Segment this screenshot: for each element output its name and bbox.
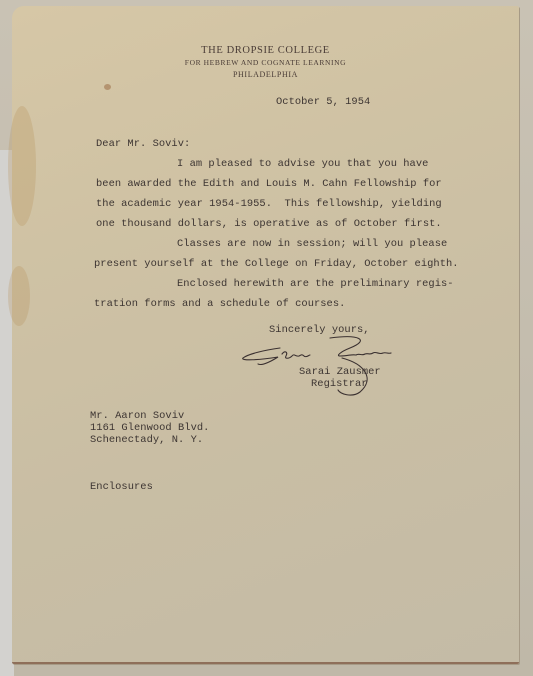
body-line: the academic year 1954-1955. This fellow…	[96, 198, 442, 210]
body-line: I am pleased to advise you that you have	[177, 158, 428, 170]
signer-name: Sarai Zausmer	[299, 366, 381, 378]
letterhead-institution: THE DROPSIE COLLEGE	[12, 45, 519, 56]
paper-stain	[8, 106, 36, 226]
paper-stain	[104, 84, 111, 90]
letter-date: October 5, 1954	[276, 96, 370, 108]
paper-stain	[8, 266, 30, 326]
recipient-city: Schenectady, N. Y.	[90, 434, 203, 446]
body-line: Classes are now in session; will you ple…	[177, 238, 447, 250]
body-line: been awarded the Edith and Louis M. Cahn…	[96, 178, 442, 190]
recipient-street: 1161 Glenwood Blvd.	[90, 422, 209, 434]
letterhead-city: PHILADELPHIA	[12, 70, 519, 79]
body-line: Enclosed herewith are the preliminary re…	[177, 278, 454, 290]
letterhead-subtitle: FOR HEBREW AND COGNATE LEARNING	[12, 58, 519, 67]
salutation: Dear Mr. Soviv:	[96, 138, 190, 150]
body-line: tration forms and a schedule of courses.	[94, 298, 345, 310]
body-line: one thousand dollars, is operative as of…	[96, 218, 442, 230]
recipient-name: Mr. Aaron Soviv	[90, 410, 184, 422]
body-line: present yourself at the College on Frida…	[94, 258, 459, 270]
enclosures-label: Enclosures	[90, 481, 153, 493]
signer-title: Registrar	[311, 378, 368, 390]
